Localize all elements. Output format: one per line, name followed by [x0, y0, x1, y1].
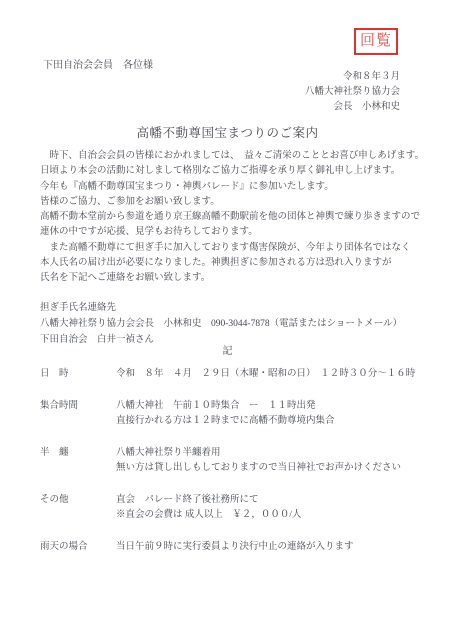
detail-value-meeting-time: 八幡大神社 午前１０時集合 ー １１時出発 直接行かれる方は１２時までに高幡不動… — [116, 399, 441, 430]
contact-block: 担ぎ手氏名連絡先 八幡大神社祭り協力会会長 小林和史 090-3044-7878… — [40, 300, 437, 348]
detail-row-happi: 半 纏 八幡大神社祭り半纏着用 無い方は貸し出しもしておりますので当日神社でお声… — [40, 446, 441, 477]
detail-row-rain: 雨天の場合 当日午前９時に実行委員より決行中止の連絡が入ります — [40, 540, 441, 556]
detail-value-rain: 当日午前９時に実行委員より決行中止の連絡が入ります — [116, 540, 441, 556]
detail-row-datetime: 日 時 令和 ８年 ４月 ２９日（木曜・昭和の日） １２時３０分～１６時 — [40, 367, 441, 383]
detail-label-rain: 雨天の場合 — [40, 540, 116, 556]
detail-line: 令和 ８年 ４月 ２９日（木曜・昭和の日） １２時３０分～１６時 — [116, 367, 441, 383]
body-line: 今年も『高幡不動尊国宝まつり・神輿パレード』に参加いたします。 — [40, 180, 437, 195]
sender-chairman: 会長 小林和史 — [305, 100, 400, 115]
detail-line: 八幡大神社祭り半纏着用 — [116, 446, 441, 462]
body-paragraphs: 時下、自治会会員の皆様におかれましては、 益々ご清栄のこととお喜び申しあげます。… — [40, 149, 437, 287]
document-title: 高幡不動尊国宝まつりのご案内 — [0, 123, 455, 141]
body-line: 皆様のご協力、ご参加をお願い致します。 — [40, 195, 437, 210]
detail-line: 直接行かれる方は１２時までに高幡不動尊境内集合 — [116, 414, 441, 430]
detail-line: 八幡大神社 午前１０時集合 ー １１時出発 — [116, 399, 441, 415]
body-line: また高幡不動尊にて担ぎ手に加入しております傷害保険が、今年より団体名ではなく — [40, 241, 437, 256]
detail-label-datetime: 日 時 — [40, 367, 116, 383]
body-line: 日頃より本会の活動に対しまして格別なご協力ご指導を承り厚く御礼申し上げます。 — [40, 164, 437, 179]
detail-line: 無い方は貸し出しもしておりますので当日神社でお声かけください — [116, 461, 441, 477]
document-page: 回覧 下田自治会会員 各位様 令和８年３月 八幡大神社祭り協力会 会長 小林和史… — [0, 0, 455, 643]
contact-heading: 担ぎ手氏名連絡先 — [40, 300, 437, 316]
detail-line: 当日午前９時に実行委員より決行中止の連絡が入ります — [116, 540, 441, 556]
recipient-line: 下田自治会会員 各位様 — [43, 56, 153, 71]
details-list: 日 時 令和 ８年 ４月 ２９日（木曜・昭和の日） １２時３０分～１６時 集合時… — [40, 367, 441, 571]
detail-row-meeting-time: 集合時間 八幡大神社 午前１０時集合 ー １１時出発 直接行かれる方は１２時まで… — [40, 399, 441, 430]
sender-block: 令和８年３月 八幡大神社祭り協力会 会長 小林和史 — [305, 70, 400, 115]
body-line: 時下、自治会会員の皆様におかれましては、 益々ご清栄のこととお喜び申しあげます。 — [40, 149, 437, 164]
record-marker: 記 — [0, 342, 455, 357]
detail-line: ※直会の会費は 成人以上 ￥２，０００/人 — [116, 508, 441, 524]
sender-organization: 八幡大神社祭り協力会 — [305, 85, 400, 100]
detail-value-happi: 八幡大神社祭り半纏着用 無い方は貸し出しもしておりますので当日神社でお声かけくだ… — [116, 446, 441, 477]
detail-row-other: その他 直会 パレード終了後社務所にて ※直会の会費は 成人以上 ￥２，０００/… — [40, 493, 441, 524]
contact-phone-line: 八幡大神社祭り協力会会長 小林和史 090-3044-7878（電話またはショー… — [40, 316, 437, 332]
circulation-stamp: 回覧 — [354, 28, 398, 55]
body-line: 連休の中ですが応援、見学もお待ちしております。 — [40, 225, 437, 240]
body-line: 高幡不動本堂前から参道を通り京王線高幡不動駅前を他の団体と神輿で練り歩きますので — [40, 210, 437, 225]
body-line: 氏名を下記へご連絡をお願い致します。 — [40, 271, 437, 286]
body-line: 本人氏名の届け出が必要になりました。神輿担ぎに参加される方は恐れ入りますが — [40, 256, 437, 271]
detail-value-datetime: 令和 ８年 ４月 ２９日（木曜・昭和の日） １２時３０分～１６時 — [116, 367, 441, 383]
detail-line: 直会 パレード終了後社務所にて — [116, 493, 441, 509]
detail-label-other: その他 — [40, 493, 116, 524]
detail-label-happi: 半 纏 — [40, 446, 116, 477]
detail-label-meeting-time: 集合時間 — [40, 399, 116, 430]
sender-date: 令和８年３月 — [305, 70, 400, 85]
detail-value-other: 直会 パレード終了後社務所にて ※直会の会費は 成人以上 ￥２，０００/人 — [116, 493, 441, 524]
